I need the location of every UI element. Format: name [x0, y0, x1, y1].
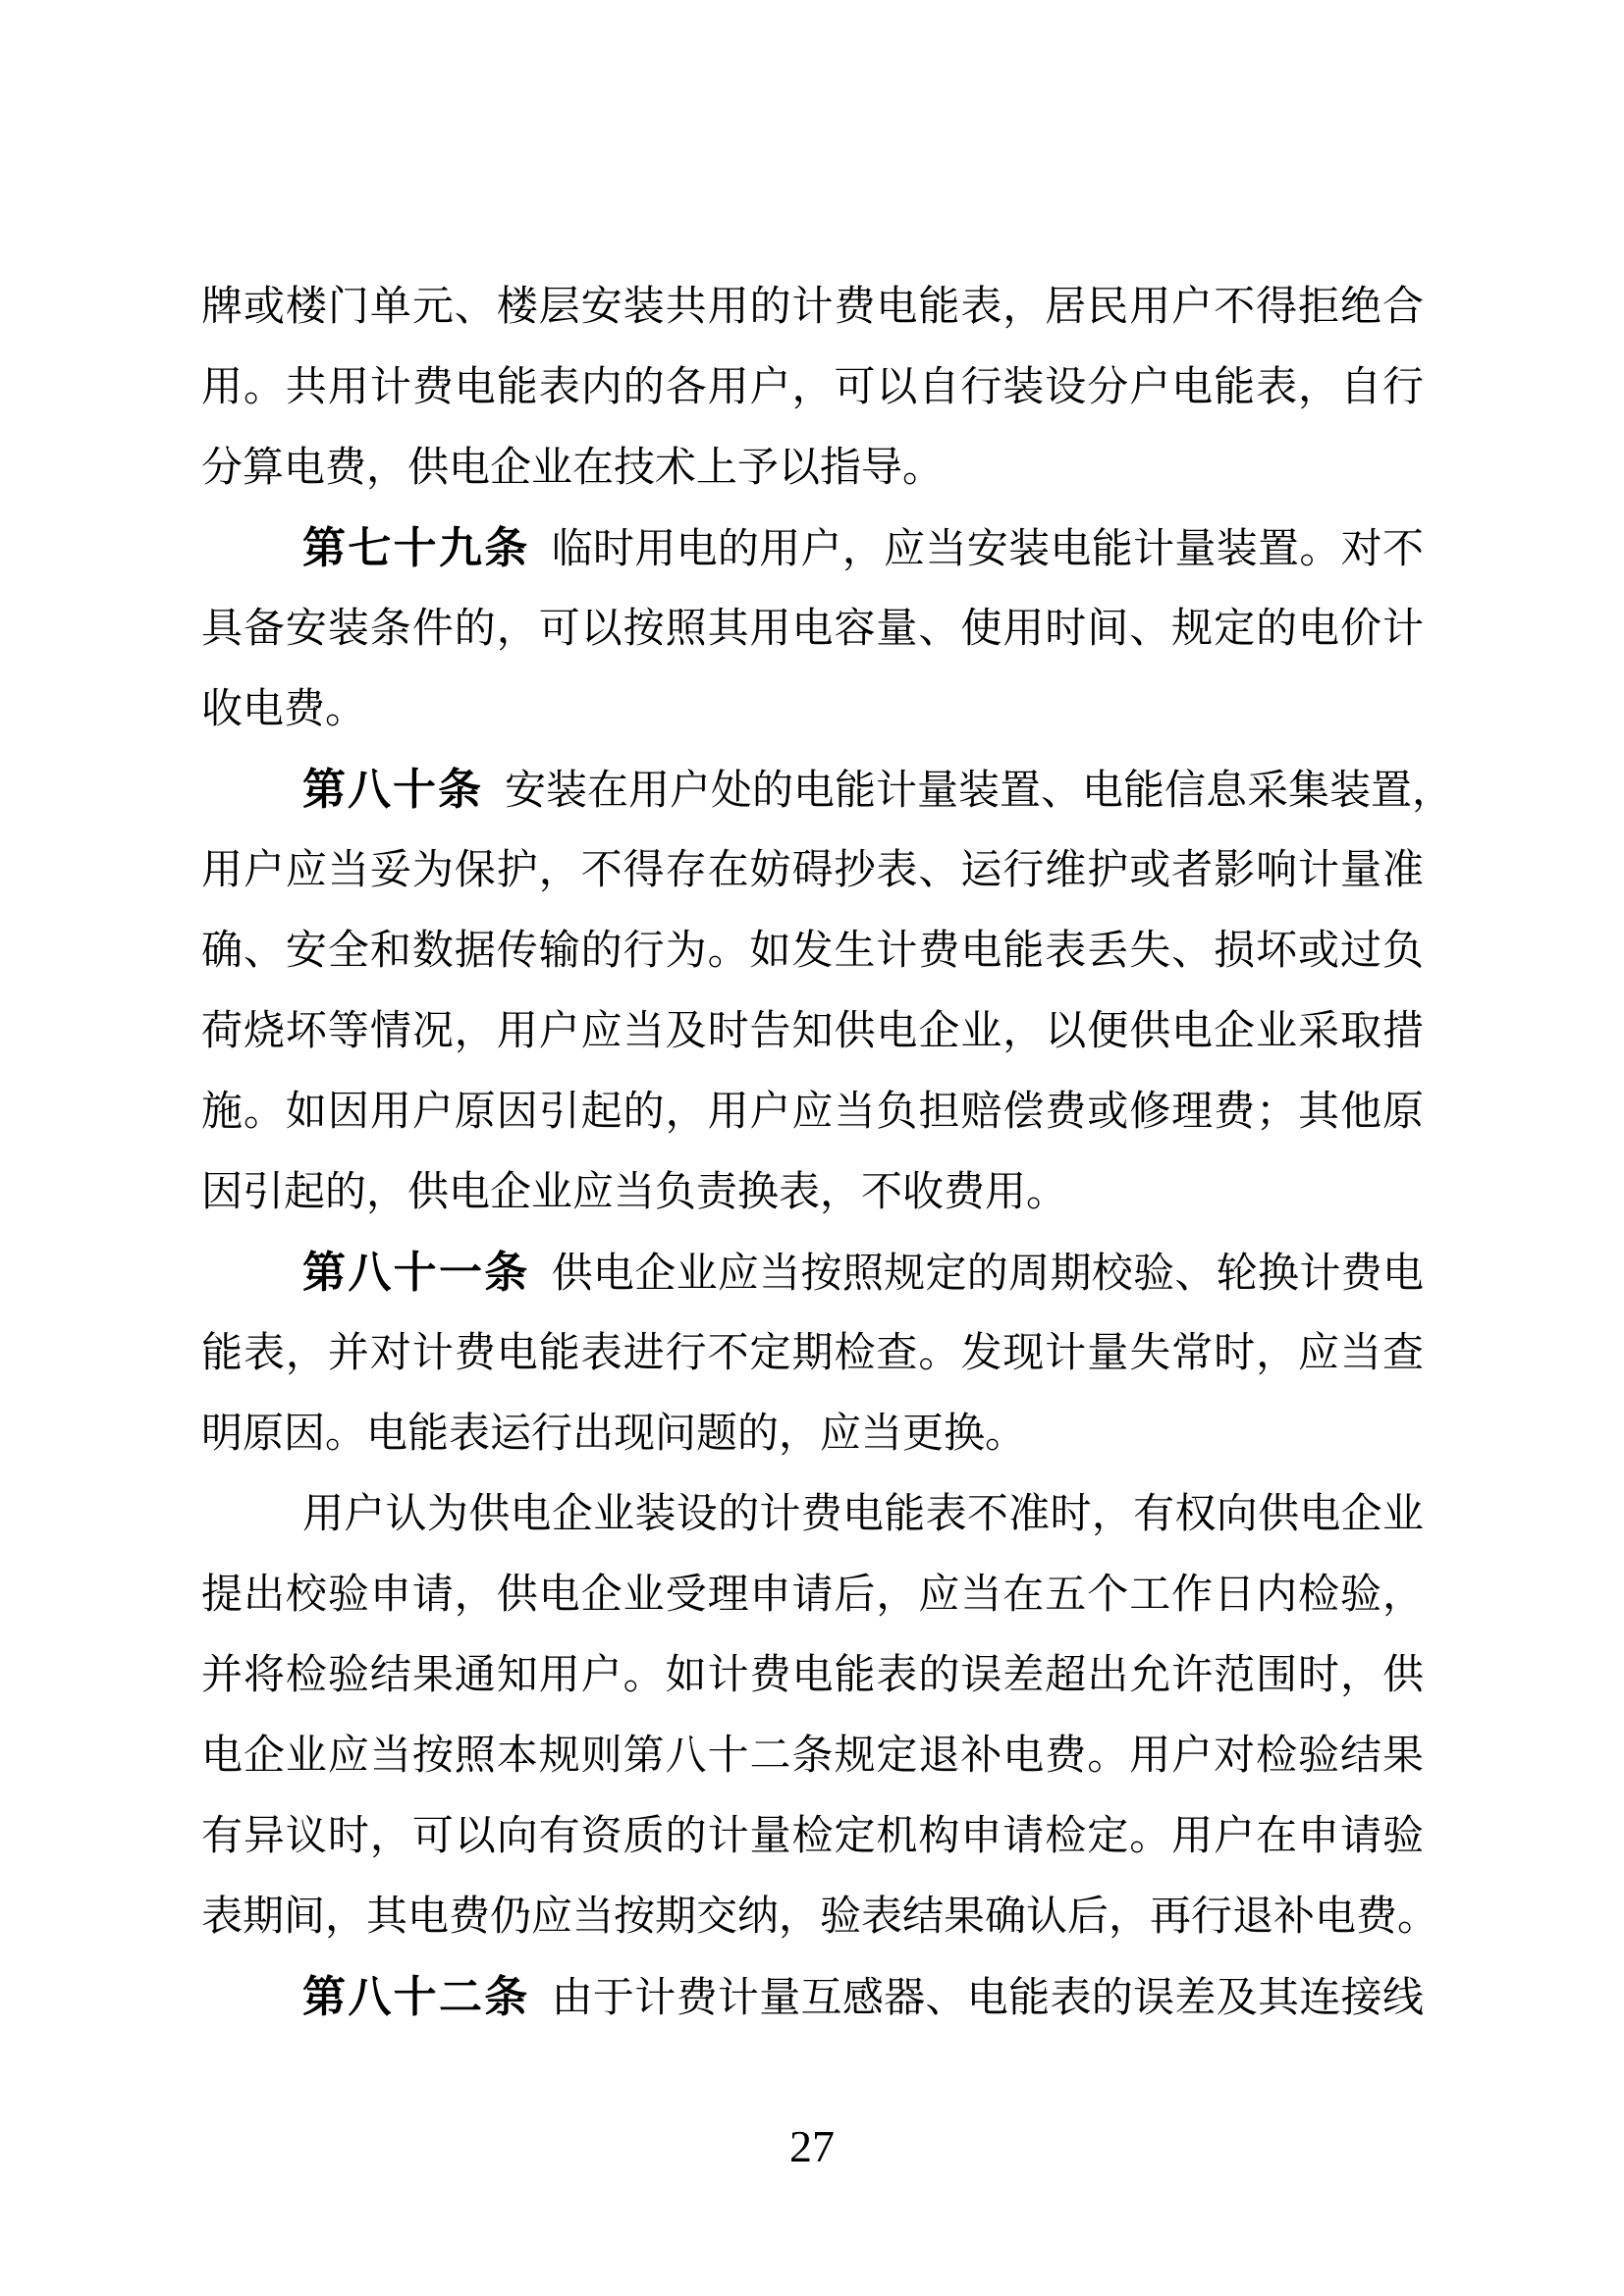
- line-text: 有异议时，可以向有资质的计量检定机构申请检定。用户在申请验: [201, 1814, 1424, 1859]
- line-text: 施。如因用户原因引起的，用户应当负担赔偿费或修理费；其他原: [201, 1090, 1424, 1135]
- text-line: 提出校验申请，供电企业受理申请后，应当在五个工作日内检验，: [201, 1555, 1424, 1635]
- line-text: 确、安全和数据传输的行为。如发生计费电能表丢失、损坏或过负: [201, 929, 1424, 974]
- line-text: 因引起的，供电企业应当负责换表，不收费用。: [201, 1170, 1067, 1215]
- document-page: 牌或楼门单元、楼层安装共用的计费电能表，居民用户不得拒绝合用。共用计费电能表内的…: [0, 0, 1624, 2296]
- line-text: 提出校验申请，供电企业受理申请后，应当在五个工作日内检验，: [201, 1573, 1424, 1618]
- text-line: 有异议时，可以向有资质的计量检定机构申请检定。用户在申请验: [201, 1796, 1424, 1877]
- line-text: 收电费。: [201, 687, 366, 732]
- article-number: 第八十一条: [302, 1249, 530, 1297]
- text-line: 第八十条安装在用户处的电能计量装置、电能信息采集装置，: [201, 750, 1424, 830]
- line-text: 分算电费，供电企业在技术上予以指导。: [201, 446, 944, 491]
- article-number: 第七十九条: [302, 524, 530, 572]
- text-line: 施。如因用户原因引起的，用户应当负担赔偿费或修理费；其他原: [201, 1072, 1424, 1152]
- page-footer: 27: [0, 2123, 1624, 2170]
- line-text: 荷烧坏等情况，用户应当及时告知供电企业，以便供电企业采取措: [201, 1009, 1424, 1054]
- body-text: 牌或楼门单元、楼层安装共用的计费电能表，居民用户不得拒绝合用。共用计费电能表内的…: [201, 267, 1424, 2038]
- text-line: 收电费。: [201, 669, 1424, 750]
- paragraph: 用户认为供电企业装设的计费电能表不准时，有权向供电企业提出校验申请，供电企业受理…: [201, 1474, 1424, 1957]
- text-line: 表期间，其电费仍应当按期交纳，验表结果确认后，再行退补电费。: [201, 1877, 1424, 1957]
- text-line: 第七十九条临时用电的用户，应当安装电能计量装置。对不: [201, 508, 1424, 589]
- line-text: 明原因。电能表运行出现问题的，应当更换。: [201, 1412, 1026, 1457]
- article-number: 第八十条: [302, 766, 483, 814]
- paragraph: 第八十条安装在用户处的电能计量装置、电能信息采集装置，用户应当妥为保护，不得存在…: [201, 750, 1424, 1233]
- text-line: 电企业应当按照本规则第八十二条规定退补电费。用户对检验结果: [201, 1716, 1424, 1796]
- line-text: 供电企业应当按照规定的周期校验、轮换计费电: [552, 1252, 1424, 1297]
- paragraph: 第七十九条临时用电的用户，应当安装电能计量装置。对不具备安装条件的，可以按照其用…: [201, 508, 1424, 750]
- paragraph: 第八十二条由于计费计量互感器、电能表的误差及其连接线: [201, 1957, 1424, 2038]
- text-line: 用户应当妥为保护，不得存在妨碍抄表、运行维护或者影响计量准: [201, 830, 1424, 911]
- line-text: 临时用电的用户，应当安装电能计量装置。对不: [552, 527, 1424, 572]
- text-line: 具备安装条件的，可以按照其用电容量、使用时间、规定的电价计: [201, 589, 1424, 669]
- text-line: 第八十一条供电企业应当按照规定的周期校验、轮换计费电: [201, 1233, 1424, 1313]
- line-text: 牌或楼门单元、楼层安装共用的计费电能表，居民用户不得拒绝合: [201, 285, 1424, 330]
- text-line: 明原因。电能表运行出现问题的，应当更换。: [201, 1394, 1424, 1474]
- text-line: 用户认为供电企业装设的计费电能表不准时，有权向供电企业: [201, 1474, 1424, 1555]
- article-number: 第八十二条: [302, 1973, 530, 2021]
- text-line: 能表，并对计费电能表进行不定期检查。发现计量失常时，应当查: [201, 1313, 1424, 1394]
- line-text: 由于计费计量互感器、电能表的误差及其连接线: [552, 1976, 1424, 2021]
- line-text: 并将检验结果通知用户。如计费电能表的误差超出允许范围时，供: [201, 1653, 1424, 1698]
- line-text: 安装在用户处的电能计量装置、电能信息采集装置，: [505, 769, 1453, 814]
- line-text: 能表，并对计费电能表进行不定期检查。发现计量失常时，应当查: [201, 1331, 1424, 1376]
- text-line: 用。共用计费电能表内的各用户，可以自行装设分户电能表，自行: [201, 347, 1424, 428]
- text-line: 分算电费，供电企业在技术上予以指导。: [201, 428, 1424, 508]
- line-text: 电企业应当按照本规则第八十二条规定退补电费。用户对检验结果: [201, 1734, 1424, 1779]
- line-text: 用户应当妥为保护，不得存在妨碍抄表、运行维护或者影响计量准: [201, 848, 1424, 893]
- paragraph: 牌或楼门单元、楼层安装共用的计费电能表，居民用户不得拒绝合用。共用计费电能表内的…: [201, 267, 1424, 508]
- line-text: 具备安装条件的，可以按照其用电容量、使用时间、规定的电价计: [201, 607, 1424, 652]
- line-text: 用户认为供电企业装设的计费电能表不准时，有权向供电企业: [302, 1492, 1424, 1537]
- line-text: 用。共用计费电能表内的各用户，可以自行装设分户电能表，自行: [201, 365, 1424, 410]
- text-line: 因引起的，供电企业应当负责换表，不收费用。: [201, 1152, 1424, 1233]
- text-line: 荷烧坏等情况，用户应当及时告知供电企业，以便供电企业采取措: [201, 991, 1424, 1072]
- page-number: 27: [789, 2121, 835, 2171]
- text-line: 确、安全和数据传输的行为。如发生计费电能表丢失、损坏或过负: [201, 911, 1424, 991]
- line-text: 表期间，其电费仍应当按期交纳，验表结果确认后，再行退补电费。: [201, 1895, 1438, 1940]
- text-line: 并将检验结果通知用户。如计费电能表的误差超出允许范围时，供: [201, 1635, 1424, 1716]
- paragraph: 第八十一条供电企业应当按照规定的周期校验、轮换计费电能表，并对计费电能表进行不定…: [201, 1233, 1424, 1474]
- text-line: 牌或楼门单元、楼层安装共用的计费电能表，居民用户不得拒绝合: [201, 267, 1424, 347]
- text-line: 第八十二条由于计费计量互感器、电能表的误差及其连接线: [201, 1957, 1424, 2038]
